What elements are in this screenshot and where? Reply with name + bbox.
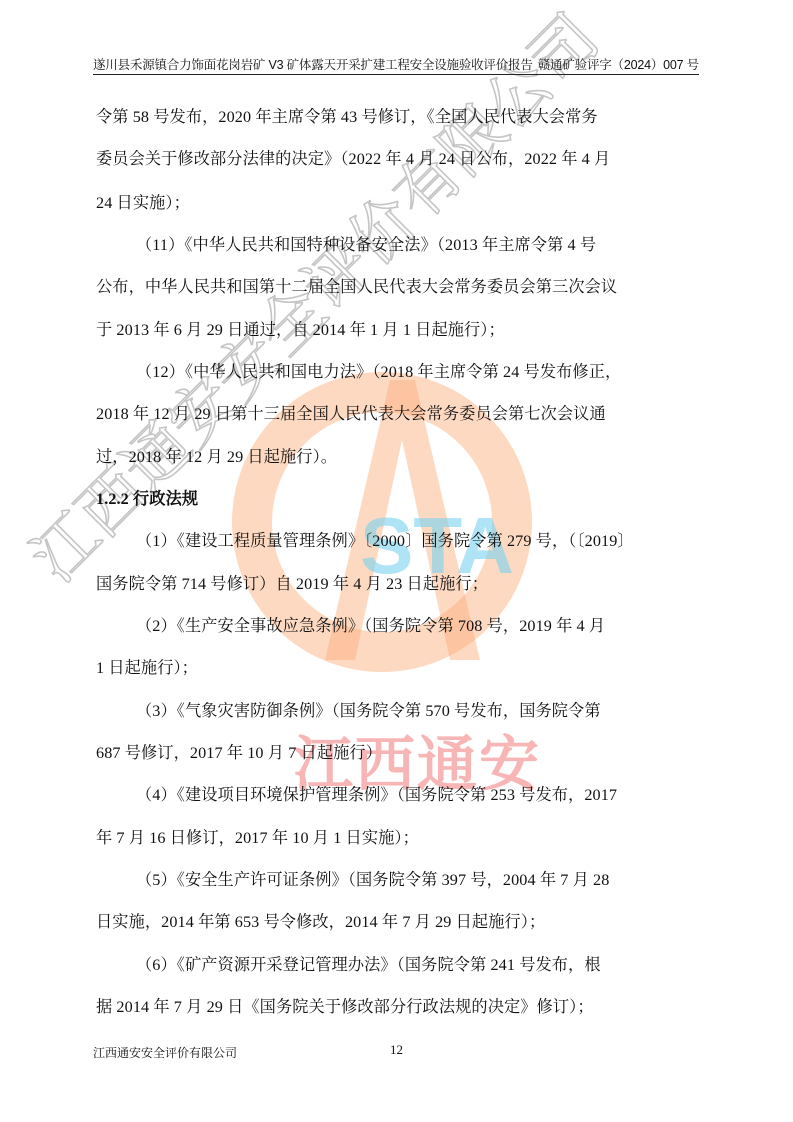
body-line: 公布，中华人民共和国第十二届全国人民代表大会常务委员会第三次会议 xyxy=(96,273,617,297)
body-line: 24 日实施）； xyxy=(96,189,190,213)
footer-company: 江西通安安全评价有限公司 xyxy=(93,1044,237,1061)
body-line: （12）《中华人民共和国电力法》（2018 年主席令第 24 号发布修正， xyxy=(136,358,621,382)
body-line: 国务院令第 714 号修订）自 2019 年 4 月 23 日起施行； xyxy=(96,570,488,594)
page-number: 12 xyxy=(390,1042,403,1058)
body-line: 1 日起施行）； xyxy=(96,654,198,678)
document-page: STA 江西通安 江西通安安全评价有限公司 遂川县禾源镇合力饰面花岗岩矿 V3 … xyxy=(0,0,793,1122)
body-line: 687 号修订，2017 年 10 月 7 日起施行） xyxy=(96,739,382,763)
body-line: （2）《生产安全事故应急条例》（国务院令第 708 号，2019 年 4 月 xyxy=(136,612,605,636)
body-line: 过，2018 年 12 月 29 日起施行）。 xyxy=(96,443,337,467)
body-line: 2018 年 12 月 29 日第十三届全国人民代表大会常务委员会第七次会议通 xyxy=(96,400,606,424)
body-line: 年 7 月 16 日修订，2017 年 10 月 1 日实施）； xyxy=(96,824,419,848)
body-line: （1）《建设工程质量管理条例》〔2000〕国务院令第 279 号，（〔2019〕 xyxy=(136,527,634,551)
body-line: 委员会关于修改部分法律的决定》（2022 年 4 月 24 日公布，2022 年… xyxy=(96,145,610,169)
report-title: 遂川县禾源镇合力饰面花岗岩矿 V3 矿体露天开采扩建工程安全设施验收评价报告 xyxy=(93,55,533,73)
body-line: 日实施，2014 年第 653 号令修改，2014 年 7 月 29 日起施行）… xyxy=(96,908,545,932)
body-line: 令第 58 号发布，2020 年主席令第 43 号修订，《全国人民代表大会常务 xyxy=(96,103,598,127)
body-line: （4）《建设项目环境保护管理条例》（国务院令第 253 号发布，2017 xyxy=(136,781,617,805)
page-header: 遂川县禾源镇合力饰面花岗岩矿 V3 矿体露天开采扩建工程安全设施验收评价报告 赣… xyxy=(93,52,699,75)
body-line: （5）《安全生产许可证条例》（国务院令第 397 号，2004 年 7 月 28 xyxy=(136,866,609,890)
section-heading: 1.2.2 行政法规 xyxy=(96,485,198,509)
document-number: 赣通矿验评字（2024）007 号 xyxy=(538,55,699,73)
body-line: 于 2013 年 6 月 29 日通过，自 2014 年 1 月 1 日起施行）… xyxy=(96,316,505,340)
body-line: （3）《气象灾害防御条例》（国务院令第 570 号发布，国务院令第 xyxy=(136,697,601,721)
body-line: （11）《中华人民共和国特种设备安全法》（2013 年主席令第 4 号 xyxy=(136,231,596,255)
body-line: 据 2014 年 7 月 29 日《国务院关于修改部分行政法规的决定》修订）； xyxy=(96,993,594,1017)
body-line: （6）《矿产资源开采登记管理办法》（国务院令第 241 号发布，根 xyxy=(136,951,601,975)
